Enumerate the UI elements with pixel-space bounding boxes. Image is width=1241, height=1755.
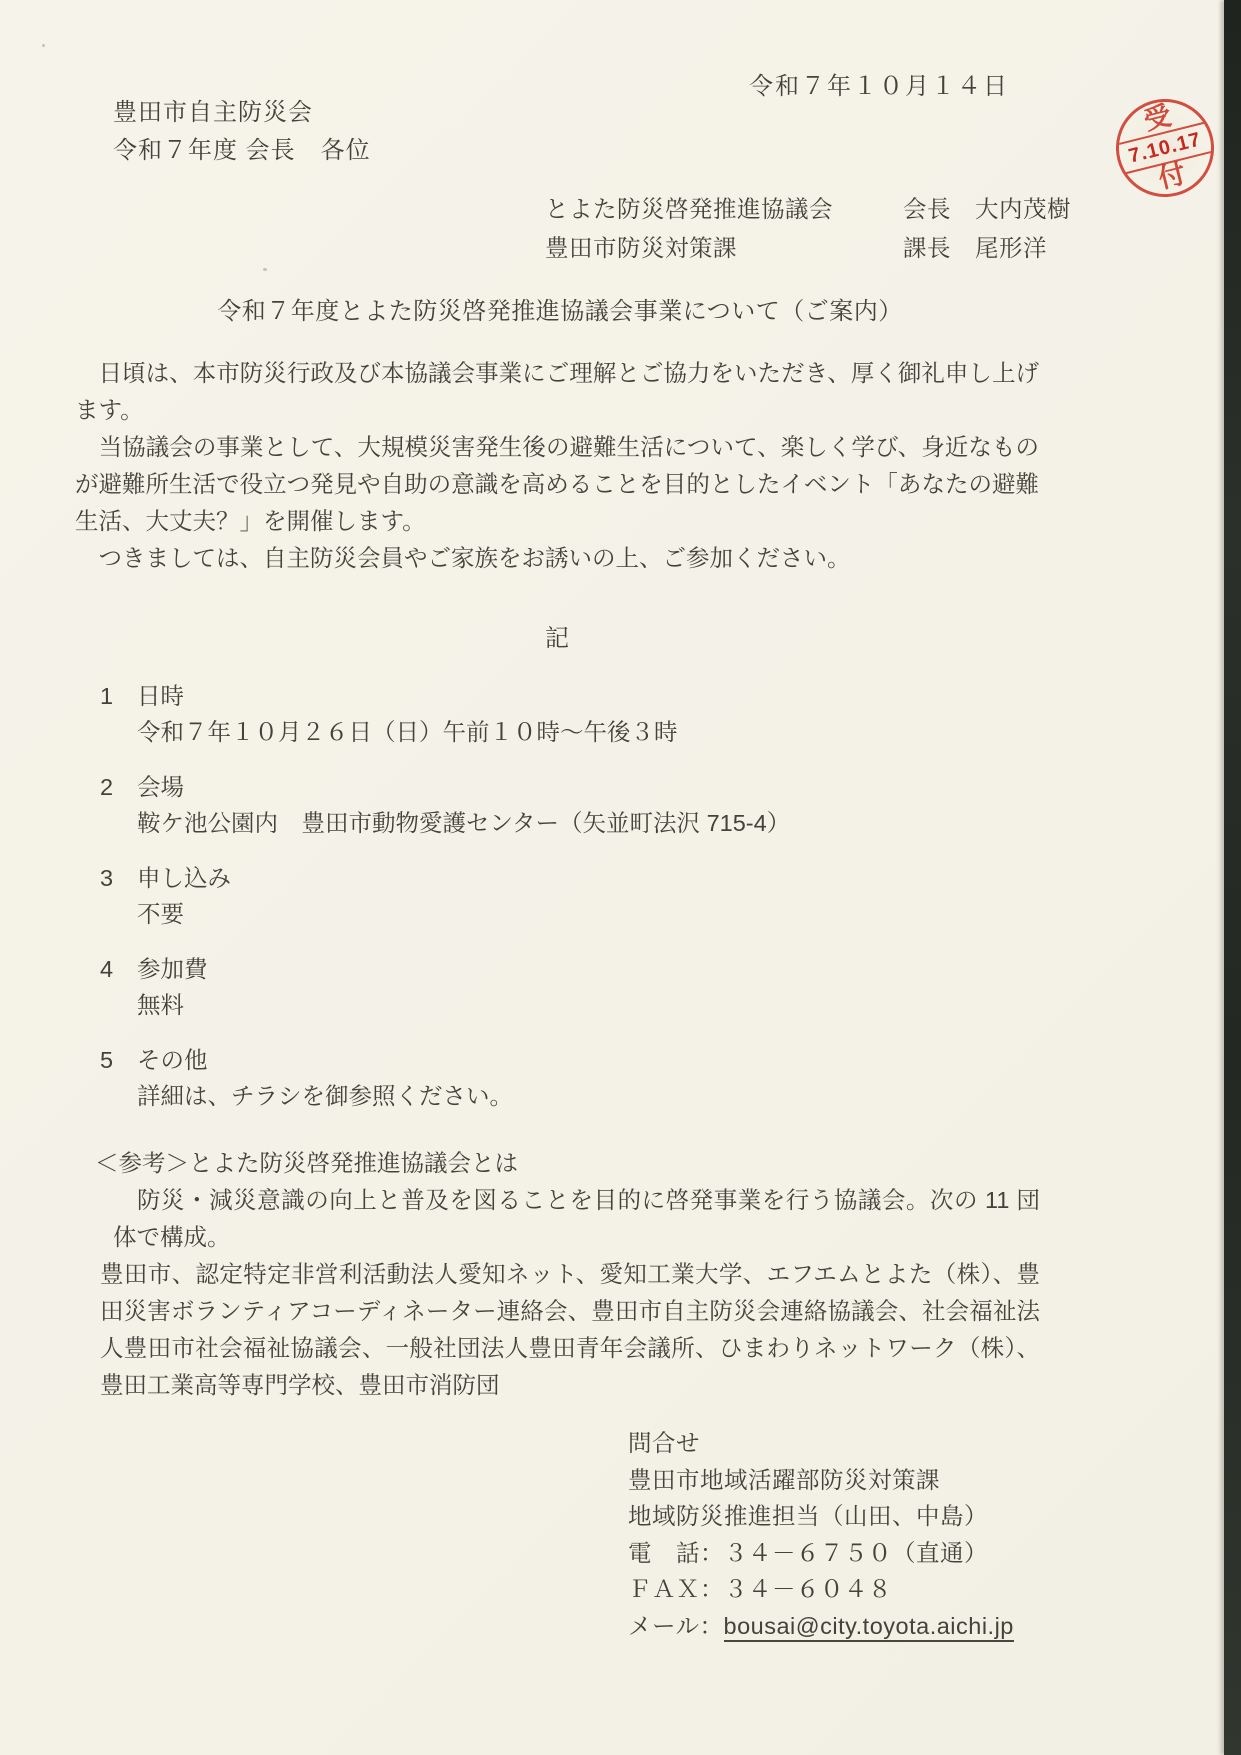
document-date: 令和７年１０月１４日 xyxy=(749,66,1009,101)
stamp-bottom-label: 付 xyxy=(1156,160,1189,193)
scan-speck xyxy=(42,44,45,47)
list-item: 2会場 鞍ケ池公園内 豊田市動物愛護センター（矢並町法沢 715-4） xyxy=(100,769,1040,841)
recipient-line: 豊田市自主防災会 xyxy=(113,94,371,132)
item-value: 無料 xyxy=(137,987,1040,1023)
item-label: 日時 xyxy=(137,683,184,709)
item-label: 会場 xyxy=(137,774,184,800)
sender-name: 大内茂樹 xyxy=(975,190,1071,229)
list-item: 4参加費 無料 xyxy=(100,951,1040,1023)
sender-role: 会長 xyxy=(903,190,975,229)
item-head: 4参加費 xyxy=(100,951,1040,987)
list-item: 3申し込み 不要 xyxy=(100,860,1040,932)
item-number: 1 xyxy=(100,678,137,714)
item-head: 2会場 xyxy=(100,769,1040,805)
item-value: 詳細は、チラシを御参照ください。 xyxy=(137,1078,1040,1114)
item-number: 4 xyxy=(100,951,137,987)
item-number: 5 xyxy=(100,1042,137,1078)
sender-org: とよた防災啓発推進協議会 xyxy=(545,190,903,229)
recipient-block: 豊田市自主防災会 令和７年度 会長 各位 xyxy=(113,94,371,170)
list-item: 5その他 詳細は、チラシを御参照ください。 xyxy=(100,1042,1040,1114)
receipt-stamp: 受 7.10.17 付 xyxy=(1106,89,1225,208)
sender-role: 課長 xyxy=(903,229,975,268)
item-value: 鞍ケ池公園内 豊田市動物愛護センター（矢並町法沢 715-4） xyxy=(137,805,1040,841)
scanned-letter-page: 令和７年１０月１４日 受 7.10.17 付 豊田市自主防災会 令和７年度 会長… xyxy=(0,0,1241,1755)
scan-speck xyxy=(263,268,267,271)
body-paragraph: つきましては、自主防災会員やご家族をお誘いの上、ご参加ください。 xyxy=(75,540,1039,577)
body-paragraph: 日頃は、本市防災行政及び本協議会事業にご理解とご協力をいただき、厚く御礼申し上げ… xyxy=(75,355,1039,429)
sender-block: とよた防災啓発推進協議会 会長 大内茂樹 豊田市防災対策課 課長 尾形洋 xyxy=(545,190,1071,268)
recipient-line: 令和７年度 会長 各位 xyxy=(113,132,371,170)
item-head: 3申し込み xyxy=(100,860,1040,896)
sender-row: とよた防災啓発推進協議会 会長 大内茂樹 xyxy=(545,190,1071,229)
list-item: 1日時 令和７年１０月２６日（日）午前１０時～午後３時 xyxy=(100,678,1040,750)
sender-name: 尾形洋 xyxy=(975,229,1047,268)
sender-row: 豊田市防災対策課 課長 尾形洋 xyxy=(545,229,1071,268)
reference-section: ＜参考＞とよた防災啓発推進協議会とは 防災・減災意識の向上と普及を図ることを目的… xyxy=(95,1145,1040,1404)
item-head: 5その他 xyxy=(100,1042,1040,1078)
contact-line: 電 話：３４－６７５０（直通） xyxy=(628,1535,1014,1572)
document-title: 令和７年度とよた防災啓発推進協議会事業について（ご案内） xyxy=(0,291,1120,326)
item-value: 不要 xyxy=(137,896,1040,932)
contact-line: ＦＡＸ：３４－６０４８ xyxy=(628,1571,1014,1608)
contact-email-line: メール：bousai@city.toyota.aichi.jp xyxy=(628,1608,1014,1645)
scanner-edge-shadow xyxy=(1224,0,1241,1755)
detail-list: 1日時 令和７年１０月２６日（日）午前１０時～午後３時 2会場 鞍ケ池公園内 豊… xyxy=(100,678,1040,1133)
reference-heading: ＜参考＞とよた防災啓発推進協議会とは xyxy=(95,1145,1040,1182)
item-value: 令和７年１０月２６日（日）午前１０時～午後３時 xyxy=(137,714,1040,750)
body-paragraph: 当協議会の事業として、大規模災害発生後の避難生活について、楽しく学び、身近なもの… xyxy=(75,429,1039,540)
email-label: メール： xyxy=(628,1613,724,1639)
contact-heading: 問合せ xyxy=(628,1425,1014,1462)
item-head: 1日時 xyxy=(100,678,1040,714)
item-number: 2 xyxy=(100,769,137,805)
contact-block: 問合せ 豊田市地域活躍部防災対策課 地域防災推進担当（山田、中島） 電 話：３４… xyxy=(628,1425,1014,1644)
body-text: 日頃は、本市防災行政及び本協議会事業にご理解とご協力をいただき、厚く御礼申し上げ… xyxy=(75,355,1039,577)
contact-line: 地域防災推進担当（山田、中島） xyxy=(628,1498,1014,1535)
item-number: 3 xyxy=(100,860,137,896)
reference-member-list: 豊田市、認定特定非営利活動法人愛知ネット、愛知工業大学、エフエムとよた（株）、豊… xyxy=(100,1256,1040,1404)
contact-line: 豊田市地域活躍部防災対策課 xyxy=(628,1462,1014,1499)
reference-description: 防災・減災意識の向上と普及を図ることを目的に啓発事業を行う協議会。次の 11 団… xyxy=(113,1182,1040,1256)
ki-section-marker: 記 xyxy=(75,618,1039,653)
item-label: 申し込み xyxy=(137,865,231,891)
email-link[interactable]: bousai@city.toyota.aichi.jp xyxy=(724,1613,1014,1642)
item-label: 参加費 xyxy=(137,956,208,982)
sender-org: 豊田市防災対策課 xyxy=(545,229,903,268)
item-label: その他 xyxy=(137,1047,208,1073)
